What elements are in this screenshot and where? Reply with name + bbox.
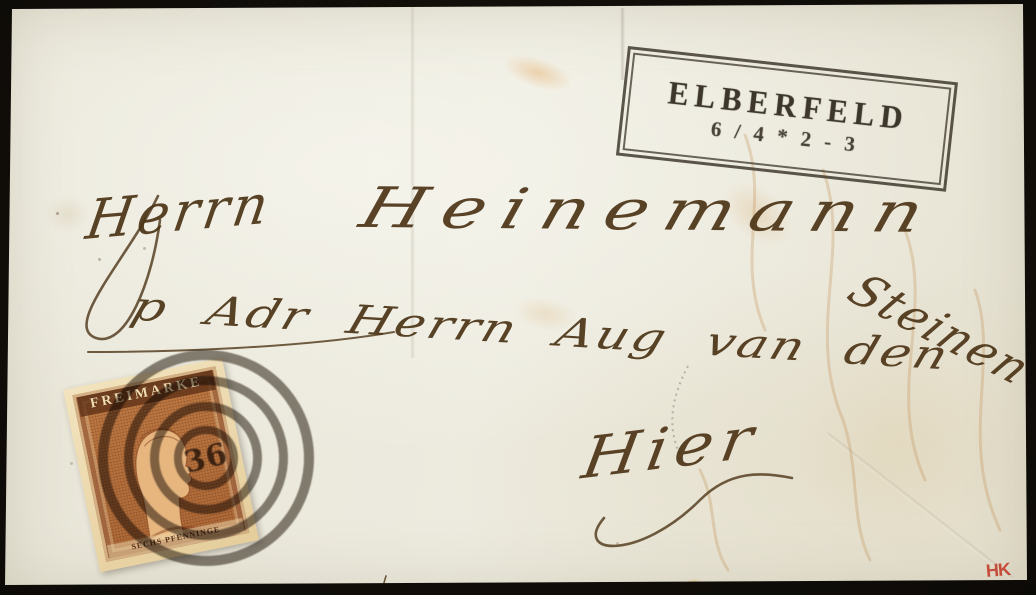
stamp-group: FREIMARKE SECHS PFENNINGE 36: [70, 350, 360, 595]
expert-mark: HK: [985, 559, 1011, 582]
address-recipient: Heinemann: [353, 176, 947, 246]
fold-crease: [620, 8, 625, 80]
cancel-number: 36: [75, 327, 337, 589]
address-salutation: Herrn: [82, 172, 277, 252]
paper-specks: [56, 212, 59, 215]
fold-crease: [826, 432, 1014, 580]
address-locality: Hier: [577, 404, 764, 492]
photograph: ELBERFELD 6 / 4 * 2 - 3 Herrn Heinemann …: [0, 0, 1036, 595]
envelope: ELBERFELD 6 / 4 * 2 - 3 Herrn Heinemann …: [0, 0, 1036, 595]
numeral-cancel: 36: [84, 336, 328, 580]
postmark-box: ELBERFELD 6 / 4 * 2 - 3: [616, 46, 958, 192]
postmark-inner-frame: ELBERFELD 6 / 4 * 2 - 3: [623, 53, 952, 186]
stain: [682, 577, 706, 590]
stain: [484, 38, 592, 109]
